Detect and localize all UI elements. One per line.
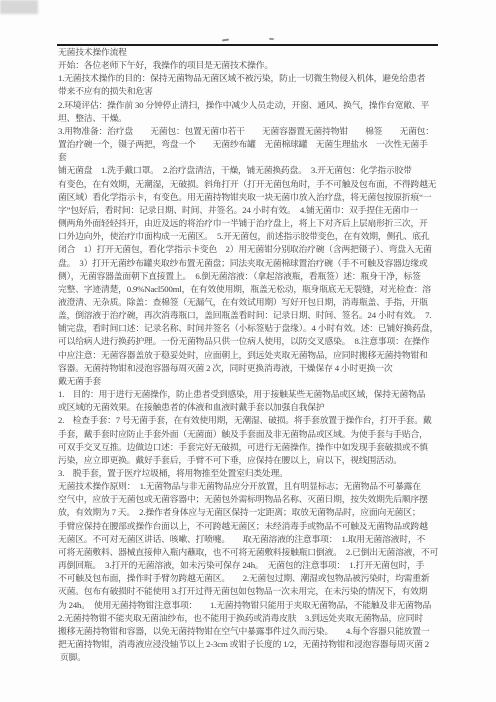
text-line: 不可触及包布面，操作时手臂勿跨越无菌区。 2.无菌包过期、潮湿或包物品被污染时，… (58, 572, 444, 585)
stray-mark (269, 38, 274, 41)
text-line: 可双手交叉互推。边做边口述：手套完好无破损，可进行无菌操作。操作中如发现手套破损… (58, 441, 444, 454)
text-line: 带来不应有的损失和危害 (58, 85, 444, 98)
text-line: 2.无菌持物钳不能夹取无菌油纱布，也不能用于换药或消毒皮肤 3.到远处夹取无菌物… (58, 612, 444, 625)
text-line: 2.环境评估：操作前 30 分钟停止清扫，操作中减少人员走动，开窗、通风、换气，… (58, 99, 444, 112)
text-line: 把无菌持物钳，消毒液应浸没轴节以上 2-3cm 或钳子长度的 1/2，无菌持物钳… (58, 638, 444, 651)
text-line: 容器。无菌持物钳和浸泡容器每周灭菌 2 次，同时更换消毒液，干燥保存 4 小时更… (58, 362, 444, 375)
text-line: 戴无菌手套 (58, 375, 444, 388)
text-line: 可以给病人进行换药护理。一份无菌物品只供一位病人使用，以防交叉感染。 8.注意事… (58, 335, 444, 348)
text-line: 1.无菌技术操作的目的：保持无菌物品无菌区域不被污染，防止一切微生物侵入机体，避… (58, 72, 444, 85)
text-line: 套 (58, 151, 444, 164)
text-line: 完整、字迹清楚，0.9%Nacl500ml，在有效使用期，瓶盖无松动，瓶身瓶底无… (58, 283, 444, 296)
document-body: 无菌技术操作流程 开始：各位老师下午好，我操作的项目是无菌技术操作。1.无菌技术… (58, 46, 444, 651)
text-line: 1. 目的：用于进行无菌操作，防止患者受到感染，用于接触某些无菌物品或区域，保持… (58, 388, 444, 401)
text-line: 搬移无菌持物钳和容器，以免无菌持物钳在空气中暴露事件过久而污染。 4.每个容器只… (58, 625, 444, 638)
scan-smudge (0, 0, 38, 14)
text-line: 置治疗碗一个，镊子两把，弯盘一个 无菌纱布罐 无菌棉球罐 无菌生理盐水 一次性无… (58, 138, 444, 151)
text-line: 中应注意：无菌容器盖放于稳妥处时，应面朝上，到远处夹取无菌物品，应同时搬移无菌持… (58, 349, 444, 362)
text-line: 2. 检查手套：7 号无菌手套，在有效使用期，无潮湿、破损。将手套放置于操作台，… (58, 414, 444, 427)
text-line: 口外边向外，使治疗巾面构成一无菌区。 5.开无菌包，前述指示胶带变色，在有效期，… (58, 230, 444, 243)
text-line: 为 24h。 使用无菌持物钳注意事项： 1.无菌持物钳只能用于夹取无菌物品，不能… (58, 599, 444, 612)
text-line: 开始：各位老师下午好，我操作的项目是无菌技术操作。 (58, 59, 444, 72)
text-line: 或区域的无菌效果。在接触患者的体液和血液时戴手套以加强自我保护 (58, 401, 444, 414)
document-page: 无菌技术操作流程 开始：各位老师下午好，我操作的项目是无菌技术操作。1.无菌技术… (0, 0, 496, 702)
text-line: 无菌区。不可对无菌区讲话、咳嗽、打喷嚏。 取无菌溶液的注意事项： 1.取用无菌溶… (58, 533, 444, 546)
text-line: 侧两角外面轻轻抖开，由近及远的将治疗巾一半铺于治疗盘上，将上下对齐后上层扇形折三… (58, 217, 444, 230)
page-footer: 页脚。 (60, 650, 86, 663)
text-line: 再倒回瓶。 3.打开的无菌溶液，如未污染可保存 24h。 无菌包的注意事项： 1… (58, 559, 444, 572)
text-line: 放，有效期为 7 天。 2.操作者身体应与无菌区保持一定距离；取放无菌物品时，应… (58, 506, 444, 519)
text-line: 空气中，应放于无菌包或无菌容器中；无菌包外需标明物品名称、灭菌日期，按失效期先后… (58, 493, 444, 506)
text-line: 菌区域）看化学指示卡，有变色。用无菌持物钳夹取一块无菌巾放入治疗盘，将无菌包按原… (58, 191, 444, 204)
stray-mark (222, 39, 229, 42)
text-line: 3. 脱手套，置于医疗垃圾桶，将用物推至处置室归类处理。 (58, 467, 444, 480)
text-line: 字”包好后，看时间：记录日期、时间、并签名。24 小时有效。 4.铺无菌巾：双手… (58, 204, 444, 217)
text-line: 灭菌。包布有破损时不能使用 3.打开过得无菌包如包物品一次未用完，在未污染的情况… (58, 585, 444, 598)
text-line: 手臂应保持在腰部或操作台面以上，不可跨越无菌区；未经消毒手或物品不可触及无菌物品… (58, 520, 444, 533)
text-line: 侧），无菌容器盖面朝下直接置上。 6.倒无菌溶液：（拿起溶液瓶，看瓶签）述：瓶身… (58, 270, 444, 283)
text-line: 液澄清、无杂质。除盖：查棉签（无漏气，在有效试用期）写好开包日期，消毒瓶盖、手指… (58, 296, 444, 309)
text-line: 3.用物准备：治疗盘 无菌包：包置无菌巾若干 无菌容器置无菌持物钳 棉签 无菌包… (58, 125, 444, 138)
text-line: 铺完盘，看时间口述：记录名称、时间并签名（小标签贴于盘缘）。4 小时有效。述：已… (58, 322, 444, 335)
text-line: 盘。 3）打开无菌纱布罐夹取纱布置无菌盘；同法夹取无菌棉球置治疗碗（手不可触及容… (58, 257, 444, 270)
text-line: 手套，戴手套时应防止手套外面（无菌面）触及手套面及非无菌物品或区域。为使手套与手… (58, 428, 444, 441)
text-line: 有变色，在有效期，无潮湿，无破损。斜角打开（打开无菌包角时，手不可触及包布面，不… (58, 178, 444, 191)
text-line: 盖，倒溶液于治疗碗，再次消毒瓶口，盖回瓶盖看时间：记录日期、时间、签名。24 小… (58, 309, 444, 322)
text-line: 闭合 1）打开无菌包，看化学指示卡变色 2）用无菌钳分别取治疗碗（含两把镊子）、… (58, 243, 444, 256)
text-line: 无菌技术操作原则： 1.无菌物品与非无菌物品应分开放置，且有明显标志；无菌物品不… (58, 480, 444, 493)
text-line: 无菌技术操作流程 (58, 46, 444, 59)
text-line: 可将无菌敷料、器械直接伸入瓶内蘸取，也不可将无菌敷料接触瓶口倒液。 2.已倒出无… (58, 546, 444, 559)
text-line: 铺无菌盘 1.洗手戴口罩。 2.治疗盘清洁，干燥，铺无菌换药盘。 3.开无菌包：… (58, 164, 444, 177)
text-line: 坦、整洁、干燥。 (58, 112, 444, 125)
text-line: 污染，应立即更换。戴好手套后，手臂不可下垂，应保持在腰以上，肩以下，视线围活动。 (58, 454, 444, 467)
